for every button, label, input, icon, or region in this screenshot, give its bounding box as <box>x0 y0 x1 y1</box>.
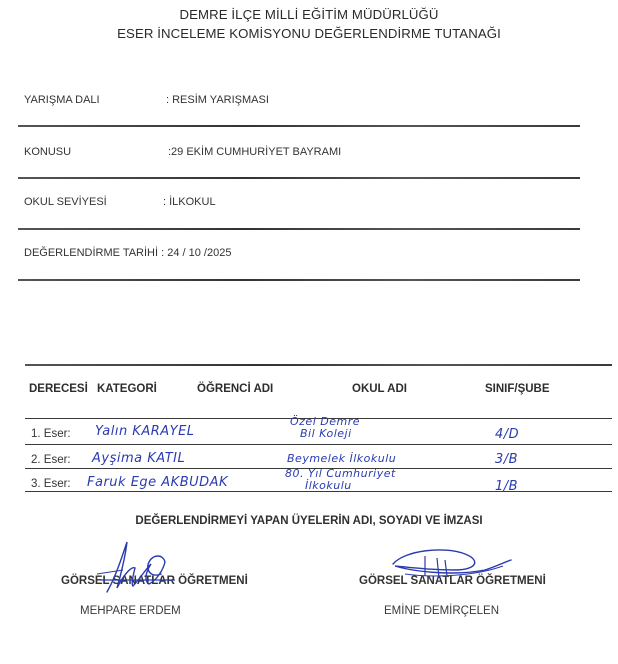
field-divider <box>18 125 580 127</box>
table-top-divider <box>25 364 612 366</box>
field-label-competition-branch: YARIŞMA DALI <box>24 94 100 106</box>
row-rank: 3. Eser: <box>31 478 71 490</box>
signer-name: MEHPARE ERDEM <box>80 605 181 617</box>
column-header-school-name: OKUL ADI <box>352 383 407 395</box>
signature-icon <box>95 540 185 600</box>
field-value-school-level: : İLKOKUL <box>163 196 216 208</box>
members-title: DEĞERLENDİRMEYİ YAPAN ÜYELERİN ADI, SOYA… <box>0 515 618 527</box>
row-rank: 1. Eser: <box>31 428 71 440</box>
row-class-section: 4/D <box>495 427 519 442</box>
column-header-class-section: SINIF/ŞUBE <box>485 383 550 395</box>
field-divider <box>18 228 580 230</box>
field-divider <box>18 177 580 179</box>
column-header-category: KATEGORİ <box>97 383 157 395</box>
table-line <box>25 444 612 445</box>
row-class-section: 1/B <box>495 479 518 494</box>
document-subtitle: ESER İNCELEME KOMİSYONU DEĞERLENDİRME TU… <box>0 26 618 41</box>
row-school-name-line-2: Bil Koleji <box>300 428 352 440</box>
column-header-student-name: ÖĞRENCİ ADI <box>197 383 273 395</box>
field-label-subject: KONUSU <box>24 146 71 158</box>
row-student-name: Faruk Ege AKBUDAK <box>87 475 228 490</box>
signature-icon <box>385 546 515 582</box>
row-student-name: Yalın KARAYEL <box>95 424 195 439</box>
field-evaluation-date: DEĞERLENDİRME TARİHİ : 24 / 10 /2025 <box>24 247 231 259</box>
field-value-subject: :29 EKİM CUMHURİYET BAYRAMI <box>168 146 341 158</box>
row-student-name: Ayşima KATIL <box>92 451 185 466</box>
field-label-school-level: OKUL SEVİYESİ <box>24 196 107 208</box>
row-class-section: 3/B <box>495 452 518 467</box>
document-title: DEMRE İLÇE MİLLİ EĞİTİM MÜDÜRLÜĞÜ <box>0 7 618 22</box>
row-school-name-line-2: İlkokulu <box>305 480 352 492</box>
signer-name: EMİNE DEMİRÇELEN <box>384 605 499 617</box>
row-school-name-line-1: Beymelek İlkokulu <box>287 453 396 465</box>
row-rank: 2. Eser: <box>31 454 71 466</box>
field-value-competition-branch: : RESİM YARIŞMASI <box>166 94 269 106</box>
column-header-rank: DERECESİ <box>29 383 88 395</box>
field-divider <box>18 279 580 281</box>
